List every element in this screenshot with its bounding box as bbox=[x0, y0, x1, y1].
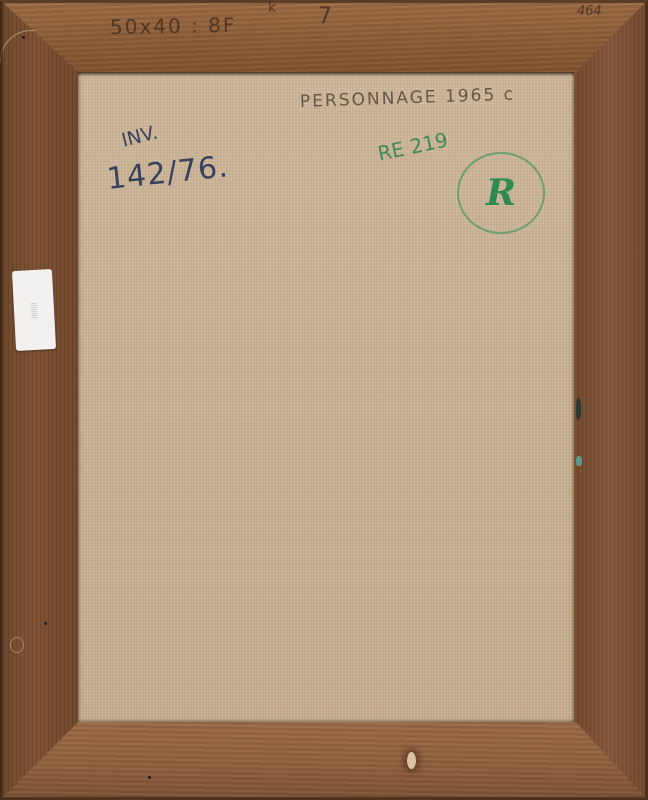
monogram-stamp: R bbox=[457, 152, 545, 234]
frame-small-mark: 7 bbox=[318, 4, 332, 29]
paint-mark bbox=[576, 398, 581, 420]
stamp-monogram-letter: R bbox=[486, 172, 516, 214]
canvas-back-photo: 50x40 : 8F k 7 464 PERSONNAGE 1965 c INV… bbox=[0, 0, 648, 800]
stretcher-right-bar bbox=[570, 0, 648, 800]
wood-ring-mark bbox=[10, 637, 24, 653]
sticker-barcode-text: |||||||| bbox=[30, 302, 38, 319]
frame-size-inscription: 50x40 : 8F bbox=[110, 13, 237, 39]
stretcher-bottom-bar bbox=[0, 722, 648, 800]
stretcher-left-bar bbox=[0, 0, 78, 800]
frame-number-inscription: 464 bbox=[577, 4, 602, 19]
nail-hole bbox=[22, 36, 25, 39]
nail-hole bbox=[148, 776, 151, 779]
paint-mark bbox=[576, 456, 582, 466]
barcode-sticker: |||||||| bbox=[12, 269, 56, 351]
nail-hole bbox=[44, 622, 47, 625]
wood-knot bbox=[407, 752, 416, 769]
frame-small-mark: k bbox=[268, 0, 276, 16]
